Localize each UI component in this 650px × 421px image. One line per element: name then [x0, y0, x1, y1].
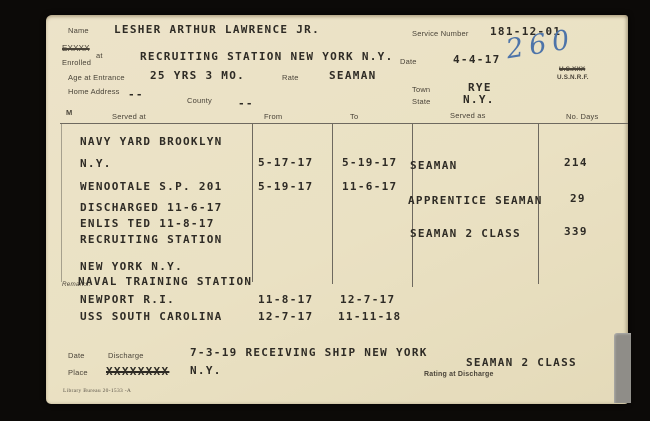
enlisted-struck-text: EXXXX: [62, 45, 90, 53]
at-label: at: [96, 52, 103, 60]
state-value: N.Y.: [463, 94, 495, 105]
column-header-to: To: [350, 113, 358, 121]
table-rule-from-left: [252, 124, 253, 282]
age-value: 25 YRS 3 MO.: [150, 70, 245, 81]
served-as-entry: SEAMAN: [410, 160, 458, 171]
from-date: 5-17-17: [258, 157, 313, 168]
enrolled-label: Enrolled: [62, 59, 91, 67]
printer-mark: Library Bureau 20-1533 -A: [63, 388, 131, 394]
served-at-line: WENOOTALE S.P. 201: [80, 181, 223, 192]
served-at-line: N.Y.: [80, 158, 112, 169]
place-struck-text: XXXXXXXX: [106, 366, 169, 377]
service-number-label: Service Number: [412, 30, 469, 38]
enrollment-date-label: Date: [400, 58, 417, 66]
adjacent-card-edge: [614, 333, 631, 403]
to-date: 11-6-17: [342, 181, 397, 192]
served-at-line: NAVAL TRAINING STATION: [78, 276, 252, 287]
served-as-entry: SEAMAN 2 CLASS: [410, 228, 521, 239]
town-label: Town: [412, 86, 430, 94]
column-header-from: From: [264, 113, 282, 121]
place-label: Place: [68, 369, 88, 377]
m-mark: M: [66, 109, 72, 117]
usnrf-text: U.S.N.R.F.: [557, 75, 589, 81]
days-entry: 29: [570, 193, 586, 204]
enrollment-date-value: 4-4-17: [453, 54, 501, 65]
state-label: State: [412, 98, 431, 106]
home-address-label: Home Address: [68, 88, 120, 96]
table-rule-to-left: [332, 124, 333, 284]
discharge-label: Discharge: [108, 352, 144, 360]
name-value: LESHER ARTHUR LAWRENCE JR.: [114, 24, 320, 35]
place-value: N.Y.: [190, 365, 222, 376]
to-date: 11-11-18: [338, 311, 401, 322]
county-label: County: [187, 97, 212, 105]
days-entry: 214: [564, 157, 588, 168]
rating-at-discharge-label: Rating at Discharge: [424, 371, 494, 378]
served-at-line: DISCHARGED 11-6-17: [80, 202, 223, 213]
served-at-line: NEWPORT R.I.: [80, 294, 175, 305]
remarks-label: Remarks:: [62, 282, 91, 288]
home-address-value: --: [128, 89, 144, 100]
column-header-no-days: No. Days: [566, 113, 598, 121]
column-header-served-as: Served as: [450, 112, 486, 120]
column-header-served-at: Served at: [112, 113, 146, 121]
table-left-rule: [61, 124, 62, 282]
county-value: --: [238, 98, 254, 109]
to-date: 12-7-17: [340, 294, 395, 305]
table-header-rule: [60, 123, 628, 124]
name-label: Name: [68, 27, 89, 35]
discharge-value: 7-3-19 RECEIVING SHIP NEW YORK: [190, 347, 428, 358]
to-date: 5-19-17: [342, 157, 397, 168]
age-at-entrance-label: Age at Entrance: [68, 74, 125, 82]
discharge-date-label: Date: [68, 352, 85, 360]
rate-label: Rate: [282, 74, 299, 82]
served-as-entry: APPRENTICE SEAMAN: [408, 195, 543, 206]
service-record-card: Name LESHER ARTHUR LAWRENCE JR. Service …: [46, 15, 628, 404]
town-value: RYE: [468, 82, 492, 93]
rating-at-discharge-value: SEAMAN 2 CLASS: [466, 357, 577, 368]
served-at-line: USS SOUTH CAROLINA: [80, 311, 223, 322]
usn-struck-text: U.S.XXX: [559, 67, 585, 73]
from-date: 12-7-17: [258, 311, 313, 322]
from-date: 11-8-17: [258, 294, 313, 305]
served-at-line: RECRUITING STATION: [80, 234, 223, 245]
days-entry: 339: [564, 226, 588, 237]
enrolled-at-value: RECRUITING STATION NEW YORK N.Y.: [140, 51, 394, 62]
served-at-line: ENLIS TED 11-8-17: [80, 218, 215, 229]
rate-value: SEAMAN: [329, 70, 377, 81]
photo-background: Name LESHER ARTHUR LAWRENCE JR. Service …: [0, 0, 650, 421]
from-date: 5-19-17: [258, 181, 313, 192]
served-at-line: NEW YORK N.Y.: [80, 261, 183, 272]
served-at-line: NAVY YARD BROOKLYN: [80, 136, 223, 147]
